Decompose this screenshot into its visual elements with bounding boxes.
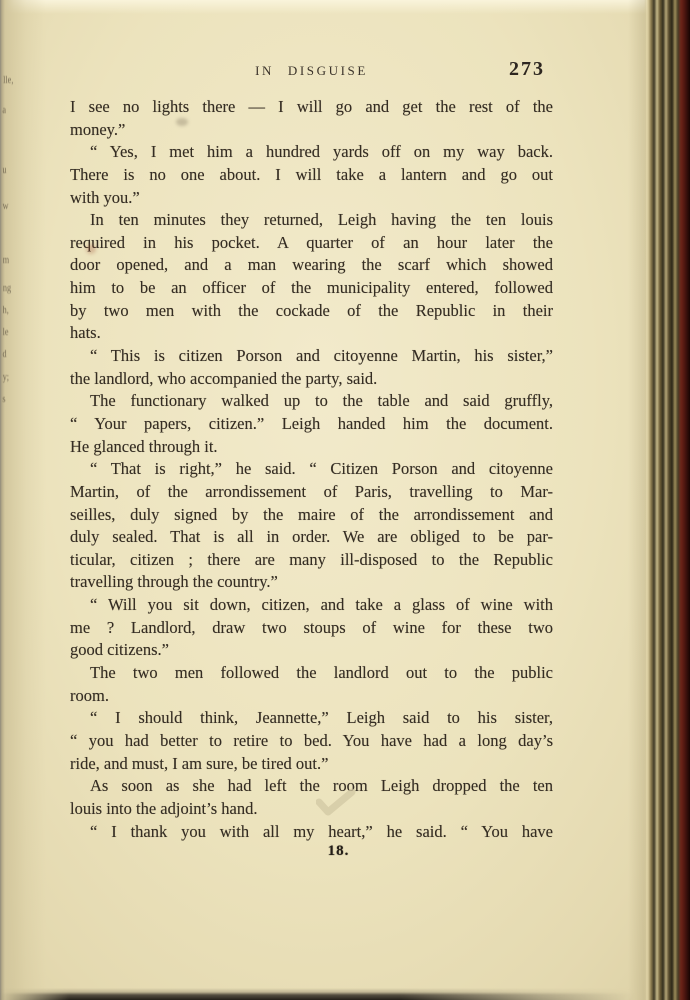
page-header: IN DISGUISE 273 xyxy=(70,58,553,84)
text-line: Martin, of the arrondissement of Paris, … xyxy=(70,481,553,504)
text-line: door opened, and a man wearing the scarf… xyxy=(70,254,553,277)
text-line: The two men followed the landlord out to… xyxy=(70,662,553,685)
text-line: “ Yes, I met him a hundred yards off on … xyxy=(70,141,553,164)
text-line: the landlord, who accompanied the party,… xyxy=(70,368,553,391)
gutter-text-fragment: ng xyxy=(3,284,11,294)
gutter-text-fragment: s xyxy=(2,395,5,405)
text-line: room. xyxy=(70,685,553,708)
text-line: me ? Landlord, draw two stoups of wine f… xyxy=(70,617,553,640)
gutter-text-fragment: y; xyxy=(3,373,9,383)
text-line: “ Your papers, citizen.” Leigh handed hi… xyxy=(70,413,553,436)
running-title: IN DISGUISE xyxy=(70,63,553,79)
gutter-shadow: lle,auwmngh,ledy;s xyxy=(0,0,46,1000)
text-line: by two men with the cockade of the Repub… xyxy=(70,300,553,323)
book-page-scan: lle,auwmngh,ledy;s IN DISGUISE 273 I see… xyxy=(0,0,690,1000)
gutter-text-fragment: u xyxy=(2,166,6,176)
text-line: money.” xyxy=(70,119,553,142)
text-block: I see no lights there — I will go and ge… xyxy=(70,96,553,843)
gutter-text-fragment: le xyxy=(3,328,9,338)
book-fore-edge-pages xyxy=(644,0,690,1000)
text-line: As soon as she had left the room Leigh d… xyxy=(70,775,553,798)
printers-signature-mark: 18. xyxy=(97,843,580,860)
page-number: 273 xyxy=(509,58,545,81)
text-line: “ you had better to retire to bed. You h… xyxy=(70,730,553,753)
text-line: “ I should think, Jeannette,” Leigh said… xyxy=(70,707,553,730)
gutter-text-fragment: h, xyxy=(3,306,9,316)
text-line: seilles, duly signed by the maire of the… xyxy=(70,504,553,527)
gutter-text-fragment: d xyxy=(2,350,6,360)
text-line: required in his pocket. A quarter of an … xyxy=(70,232,553,255)
text-line: “ That is right,” he said. “ Citizen Por… xyxy=(70,458,553,481)
gutter-text-fragment: lle, xyxy=(3,76,13,86)
gutter-text-fragment: a xyxy=(2,106,6,116)
text-line: “ Will you sit down, citizen, and take a… xyxy=(70,594,553,617)
text-line: hats. xyxy=(70,322,553,345)
text-line: duly sealed. That is all in order. We ar… xyxy=(70,526,553,549)
text-line: There is no one about. I will take a lan… xyxy=(70,164,553,187)
text-line: good citizens.” xyxy=(70,639,553,662)
text-line: with you.” xyxy=(70,187,553,210)
text-line: ride, and must, I am sure, be tired out.… xyxy=(70,753,553,776)
scan-bottom-shadow xyxy=(0,988,690,1000)
text-line: louis into the adjoint’s hand. xyxy=(70,798,553,821)
text-line: I see no lights there — I will go and ge… xyxy=(70,96,553,119)
text-line: travelling through the country.” xyxy=(70,571,553,594)
text-line: He glanced through it. xyxy=(70,436,553,459)
text-line: In ten minutes they returned, Leigh havi… xyxy=(70,209,553,232)
text-line: ticular, citizen ; there are many ill-di… xyxy=(70,549,553,572)
gutter-text-fragment: m xyxy=(3,256,9,266)
text-line: “ This is citizen Porson and citoyenne M… xyxy=(70,345,553,368)
gutter-text-fragment: w xyxy=(3,202,9,212)
text-line: him to be an officer of the municipality… xyxy=(70,277,553,300)
text-line: The functionary walked up to the table a… xyxy=(70,390,553,413)
text-line: “ I thank you with all my heart,” he sai… xyxy=(70,821,553,844)
